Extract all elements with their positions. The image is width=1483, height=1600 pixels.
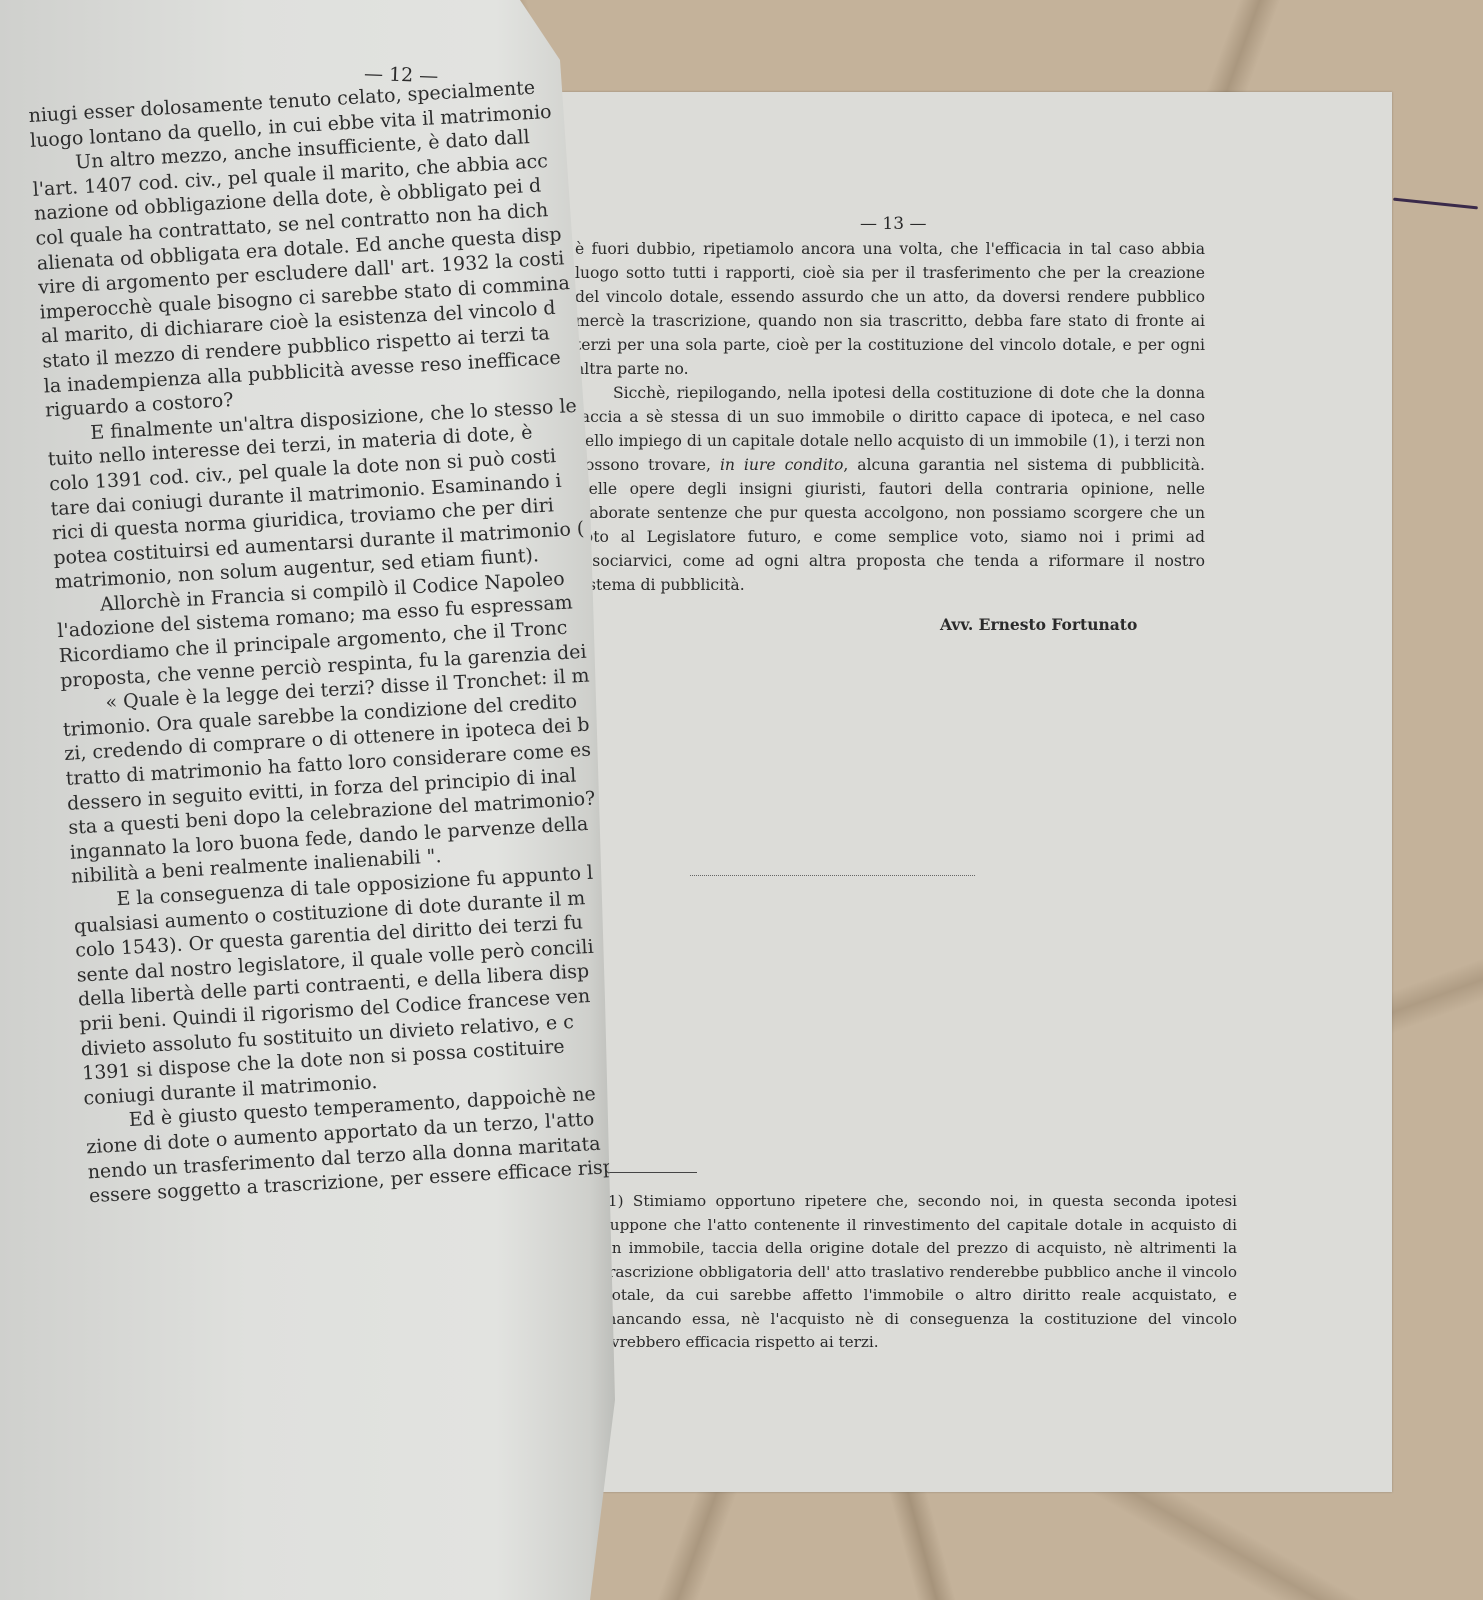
page-body: niugi esser dolosamente tenuto celato, s…: [28, 73, 649, 1209]
right-page: — 13 — è fuori dubbio, ripetiamolo ancor…: [560, 92, 1392, 1492]
italic-phrase: in iure condito: [720, 456, 843, 474]
page-number: — 13 —: [860, 214, 926, 234]
paragraph: Sicchè, riepilogando, nella ipotesi dell…: [575, 381, 1205, 597]
paragraph-text: , alcuna garantia nel sistema di pubblic…: [575, 456, 1205, 594]
dotted-divider: [690, 875, 975, 876]
pen-mark: [1393, 198, 1478, 210]
author-signature: Avv. Ernesto Fortunato: [940, 615, 1137, 634]
paragraph: è fuori dubbio, ripetiamolo ancora una v…: [575, 237, 1205, 381]
footnote: (1) Stimiamo opportuno ripetere che, sec…: [602, 1190, 1237, 1355]
page-body: è fuori dubbio, ripetiamolo ancora una v…: [575, 237, 1205, 597]
left-page: — 12 — niugi esser dolosamente tenuto ce…: [0, 0, 620, 1600]
footnote-divider: [602, 1172, 697, 1173]
